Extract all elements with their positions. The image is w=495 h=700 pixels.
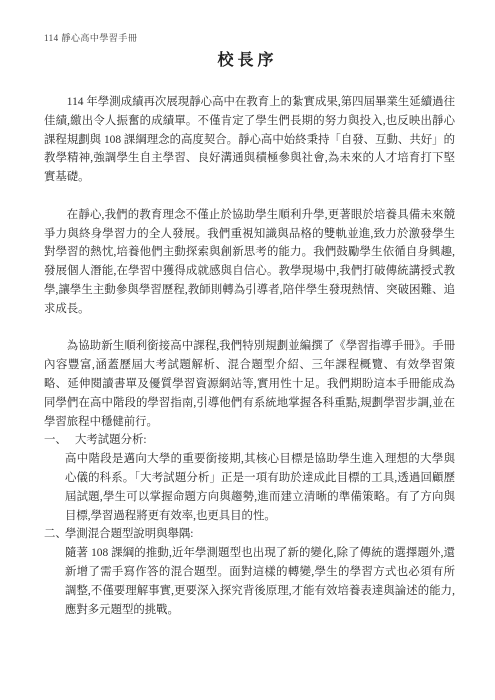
list-item-heading-row: 一、 大考試題分析: xyxy=(44,431,455,450)
list-item-number: 一、 xyxy=(44,431,75,450)
document-body: 114 年學測成績再次展現靜心高中在教育上的紮實成果,第四屆畢業生延續過往佳績,… xyxy=(44,93,455,619)
list-item-heading: 大考試題分析: xyxy=(75,431,147,450)
list-item-content: 高中階段是邁向大學的重要銜接期,其核心目標是協助學生進入理想的大學與心儀的科系。… xyxy=(65,450,455,525)
page-title: 校長序 xyxy=(0,47,495,70)
list-item-content: 隨著 108 課綱的推動,近年學測題型也出現了新的變化,除了傳統的選擇題外,還新… xyxy=(65,544,455,619)
list-item-number: 二、 xyxy=(44,525,65,544)
paragraph-2: 在靜心,我們的教育理念不僅止於協助學生順利升學,更著眼於培養具備未來競爭力與終身… xyxy=(44,206,455,319)
list-item-heading-row: 二、 學測混合題型說明與舉隅: xyxy=(44,525,455,544)
running-header: 114 靜心高中學習手冊 xyxy=(44,31,137,44)
list-item: 二、 學測混合題型說明與舉隅: 隨著 108 課綱的推動,近年學測題型也出現了新… xyxy=(44,525,455,619)
list-item-heading: 學測混合題型說明與舉隅: xyxy=(65,525,193,544)
paragraph-3: 為協助新生順利銜接高中課程,我們特別規劃並編撰了《學習指導手冊》。手冊內容豐富,… xyxy=(44,337,455,431)
paragraph-1: 114 年學測成績再次展現靜心高中在教育上的紮實成果,第四屆畢業生延續過往佳績,… xyxy=(44,93,455,187)
document-page: 114 靜心高中學習手冊 校長序 114 年學測成績再次展現靜心高中在教育上的紮… xyxy=(0,0,495,700)
list-item: 一、 大考試題分析: 高中階段是邁向大學的重要銜接期,其核心目標是協助學生進入理… xyxy=(44,431,455,525)
